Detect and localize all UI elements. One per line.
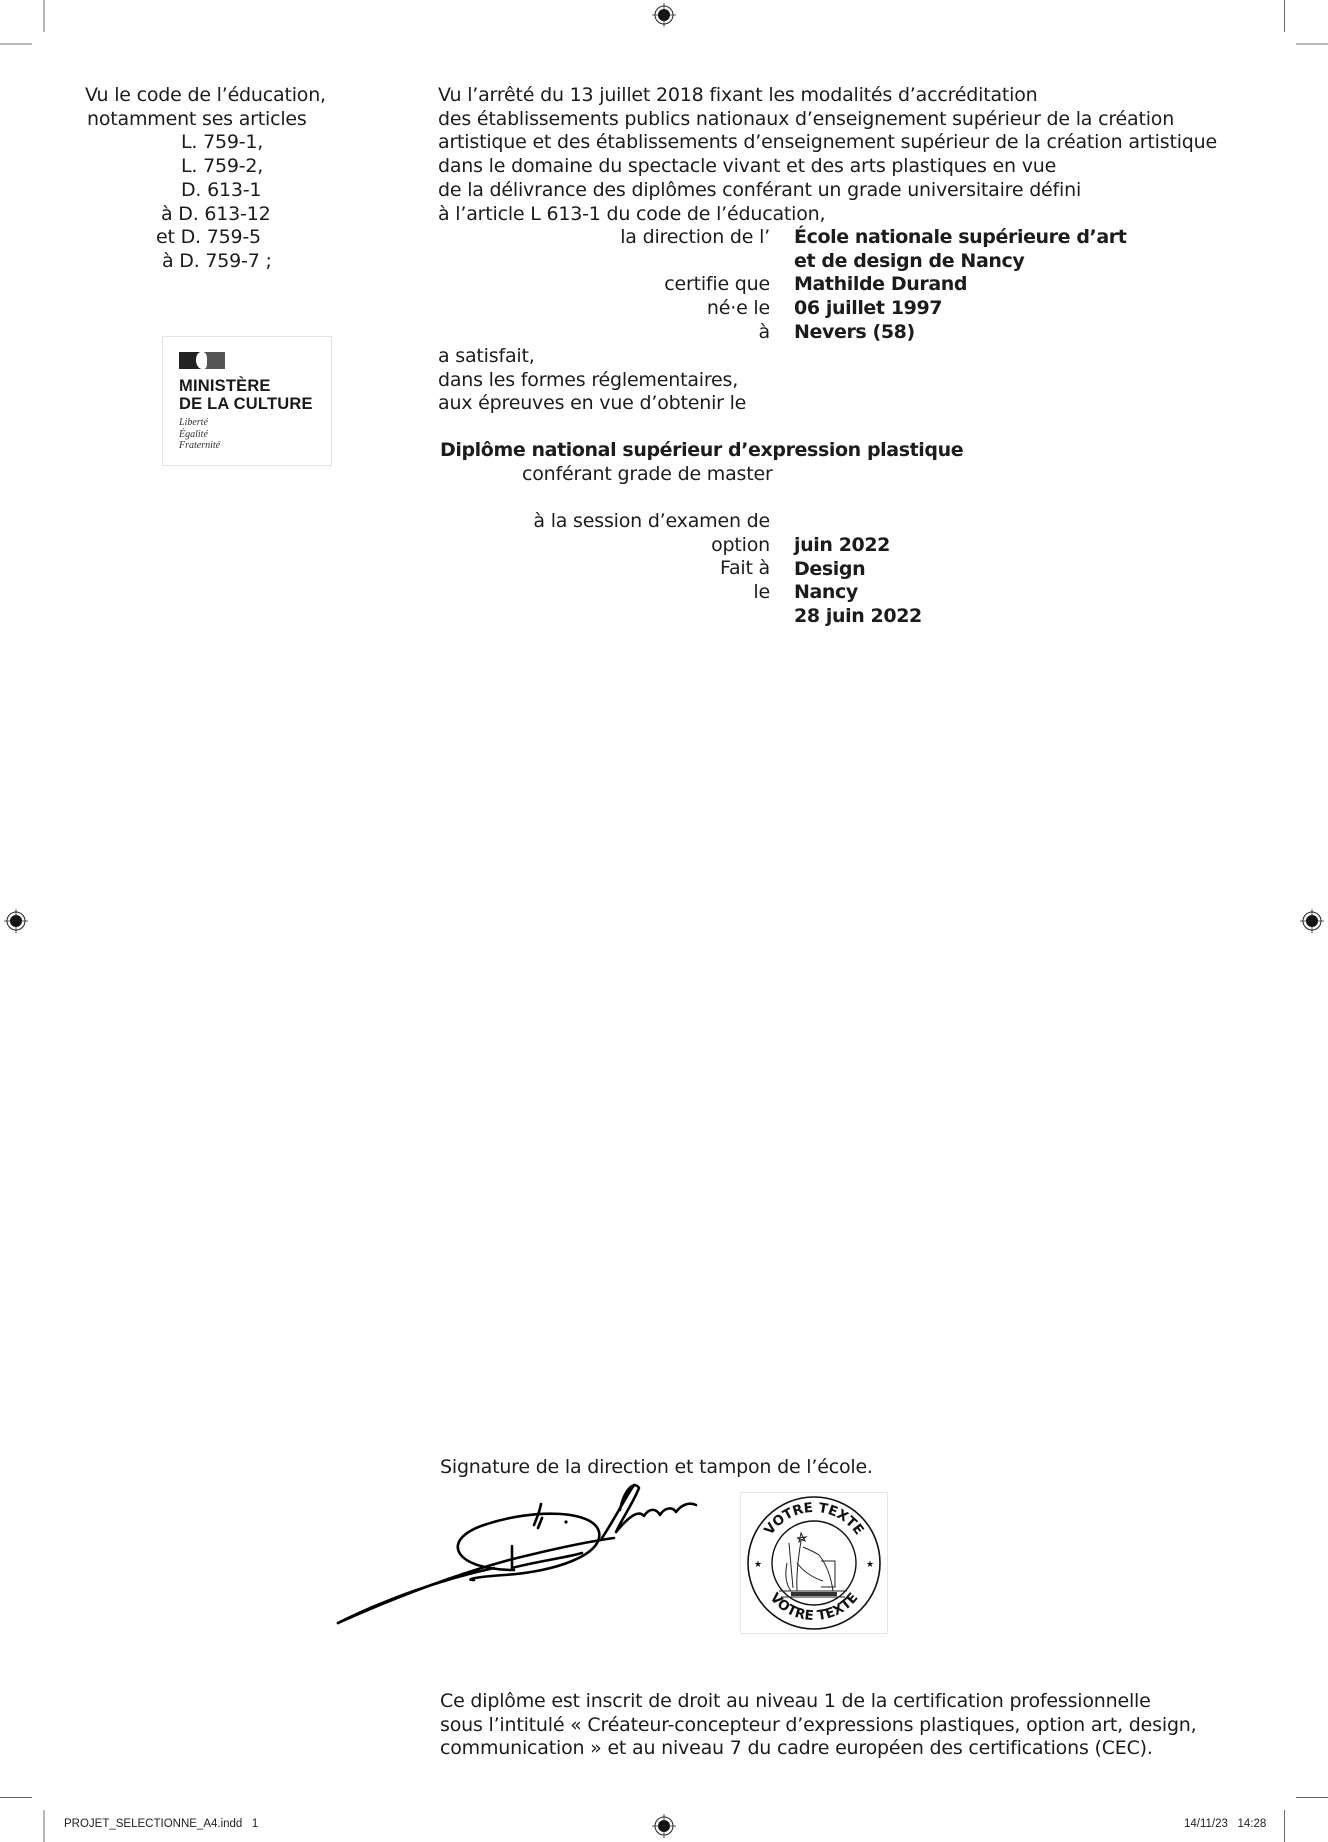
svg-text:★: ★ [866, 1560, 874, 1570]
label-direction: la direction de l’ [438, 226, 770, 250]
certification-footnote: Ce diplôme est inscrit de droit au nivea… [440, 1690, 1196, 1761]
label-option: option [438, 534, 770, 558]
satisfaction-statement: a satisfait, dans les formes réglementai… [438, 345, 746, 416]
label-session: à la session d’examen de [438, 510, 770, 534]
registration-mark-bottom-icon [652, 1814, 676, 1838]
crop-mark-bottom-left-v [43, 1810, 45, 1842]
diploma-title: Diplôme national supérieur d’expression … [440, 439, 963, 463]
birth-date: 06 juillet 1997 [794, 297, 1126, 321]
label-birthplace: à [438, 321, 770, 345]
footnote-line: Ce diplôme est inscrit de droit au nivea… [440, 1690, 1196, 1714]
footnote-line: communication » et au niveau 7 du cadre … [440, 1737, 1196, 1761]
crop-mark-top-left-h [0, 43, 32, 45]
registration-mark-top-icon [652, 3, 676, 27]
legal-ref-line: et D. 759-5 [60, 226, 350, 250]
republic-motto: Liberté Égalité Fraternité [179, 417, 220, 452]
issue-place: Nancy [794, 581, 922, 605]
issue-date: 28 juin 2022 [794, 605, 922, 629]
crop-mark-top-right-h [1296, 43, 1328, 45]
label-ne-le: né·e le [438, 297, 770, 321]
satisfaction-line: aux épreuves en vue d’obtenir le [438, 392, 746, 416]
school-name-line1: École nationale supérieure d’art [794, 226, 1126, 250]
preamble-line: des établissements publics nationaux d’e… [438, 108, 1217, 132]
legal-ref-line: notamment ses articles [60, 108, 350, 132]
certification-values: École nationale supérieure d’art et de d… [794, 226, 1126, 345]
certification-labels: la direction de l’ certifie que né·e le … [438, 226, 770, 345]
print-slug-datetime: 14/11/23 14:28 [1184, 1818, 1266, 1830]
label-le: le [438, 581, 770, 605]
graduate-name: Mathilde Durand [794, 273, 1126, 297]
preamble-line: de la délivrance des diplômes conférant … [438, 179, 1217, 203]
legal-ref-line: D. 613-1 [60, 179, 350, 203]
satisfaction-line: dans les formes réglementaires, [438, 369, 746, 393]
legal-ref-line: L. 759-1, [60, 131, 350, 155]
legal-references: Vu le code de l’éducation, notamment ses… [60, 84, 350, 274]
birth-place: Nevers (58) [794, 321, 1126, 345]
handwritten-signature [334, 1480, 734, 1630]
satisfaction-line: a satisfait, [438, 345, 746, 369]
label-certifie-que: certifie que [438, 273, 770, 297]
marianne-flag-icon [179, 352, 225, 369]
ministry-name: MINISTÈRE DE LA CULTURE [179, 377, 313, 413]
school-name-line2: et de design de Nancy [794, 250, 1126, 274]
signature-caption: Signature de la direction et tampon de l… [440, 1456, 873, 1480]
crop-mark-top-right-v [1284, 0, 1285, 32]
legal-ref-line: à D. 613-12 [60, 203, 350, 227]
option-value: Design [794, 558, 922, 582]
preamble-line: dans le domaine du spectacle vivant et d… [438, 155, 1217, 179]
legal-ref-line: à D. 759-7 ; [60, 250, 350, 274]
ministry-of-culture-logo: MINISTÈRE DE LA CULTURE Liberté Égalité … [162, 336, 332, 466]
legal-ref-line: L. 759-2, [60, 155, 350, 179]
diploma-subtitle: conférant grade de master [522, 463, 773, 487]
footnote-line: sous l’intitulé « Créateur-concepteur d’… [440, 1714, 1196, 1738]
preamble-line: artistique et des établissements d’ensei… [438, 131, 1217, 155]
label-blank [438, 250, 770, 274]
preamble: Vu l’arrêté du 13 juillet 2018 fixant le… [438, 84, 1217, 226]
session-labels: à la session d’examen de option Fait à l… [438, 510, 770, 605]
crop-mark-bottom-right-v [1284, 1810, 1285, 1842]
crop-mark-bottom-left-h [0, 1797, 32, 1798]
preamble-line: à l’article L 613-1 du code de l’éducati… [438, 203, 1217, 227]
registration-mark-left-icon [4, 909, 28, 933]
print-slug-time: 14:28 [1238, 1818, 1267, 1830]
preamble-line: Vu l’arrêté du 13 juillet 2018 fixant le… [438, 84, 1217, 108]
crop-mark-top-left-v [43, 0, 45, 32]
school-stamp-icon: VOTRE TEXTE VOTRE TEXTE ★ ★ [740, 1492, 888, 1634]
print-slug-date: 14/11/23 [1184, 1818, 1228, 1830]
svg-text:★: ★ [754, 1560, 762, 1570]
session-date: juin 2022 [794, 534, 922, 558]
registration-mark-right-icon [1300, 909, 1324, 933]
label-fait-a: Fait à [438, 557, 770, 581]
session-values: juin 2022 Design Nancy 28 juin 2022 [794, 534, 922, 629]
legal-ref-line: Vu le code de l’éducation, [60, 84, 350, 108]
crop-mark-bottom-right-h [1296, 1797, 1328, 1798]
print-slug-filename: PROJET_SELECTIONNE_A4.indd 1 [64, 1818, 258, 1830]
